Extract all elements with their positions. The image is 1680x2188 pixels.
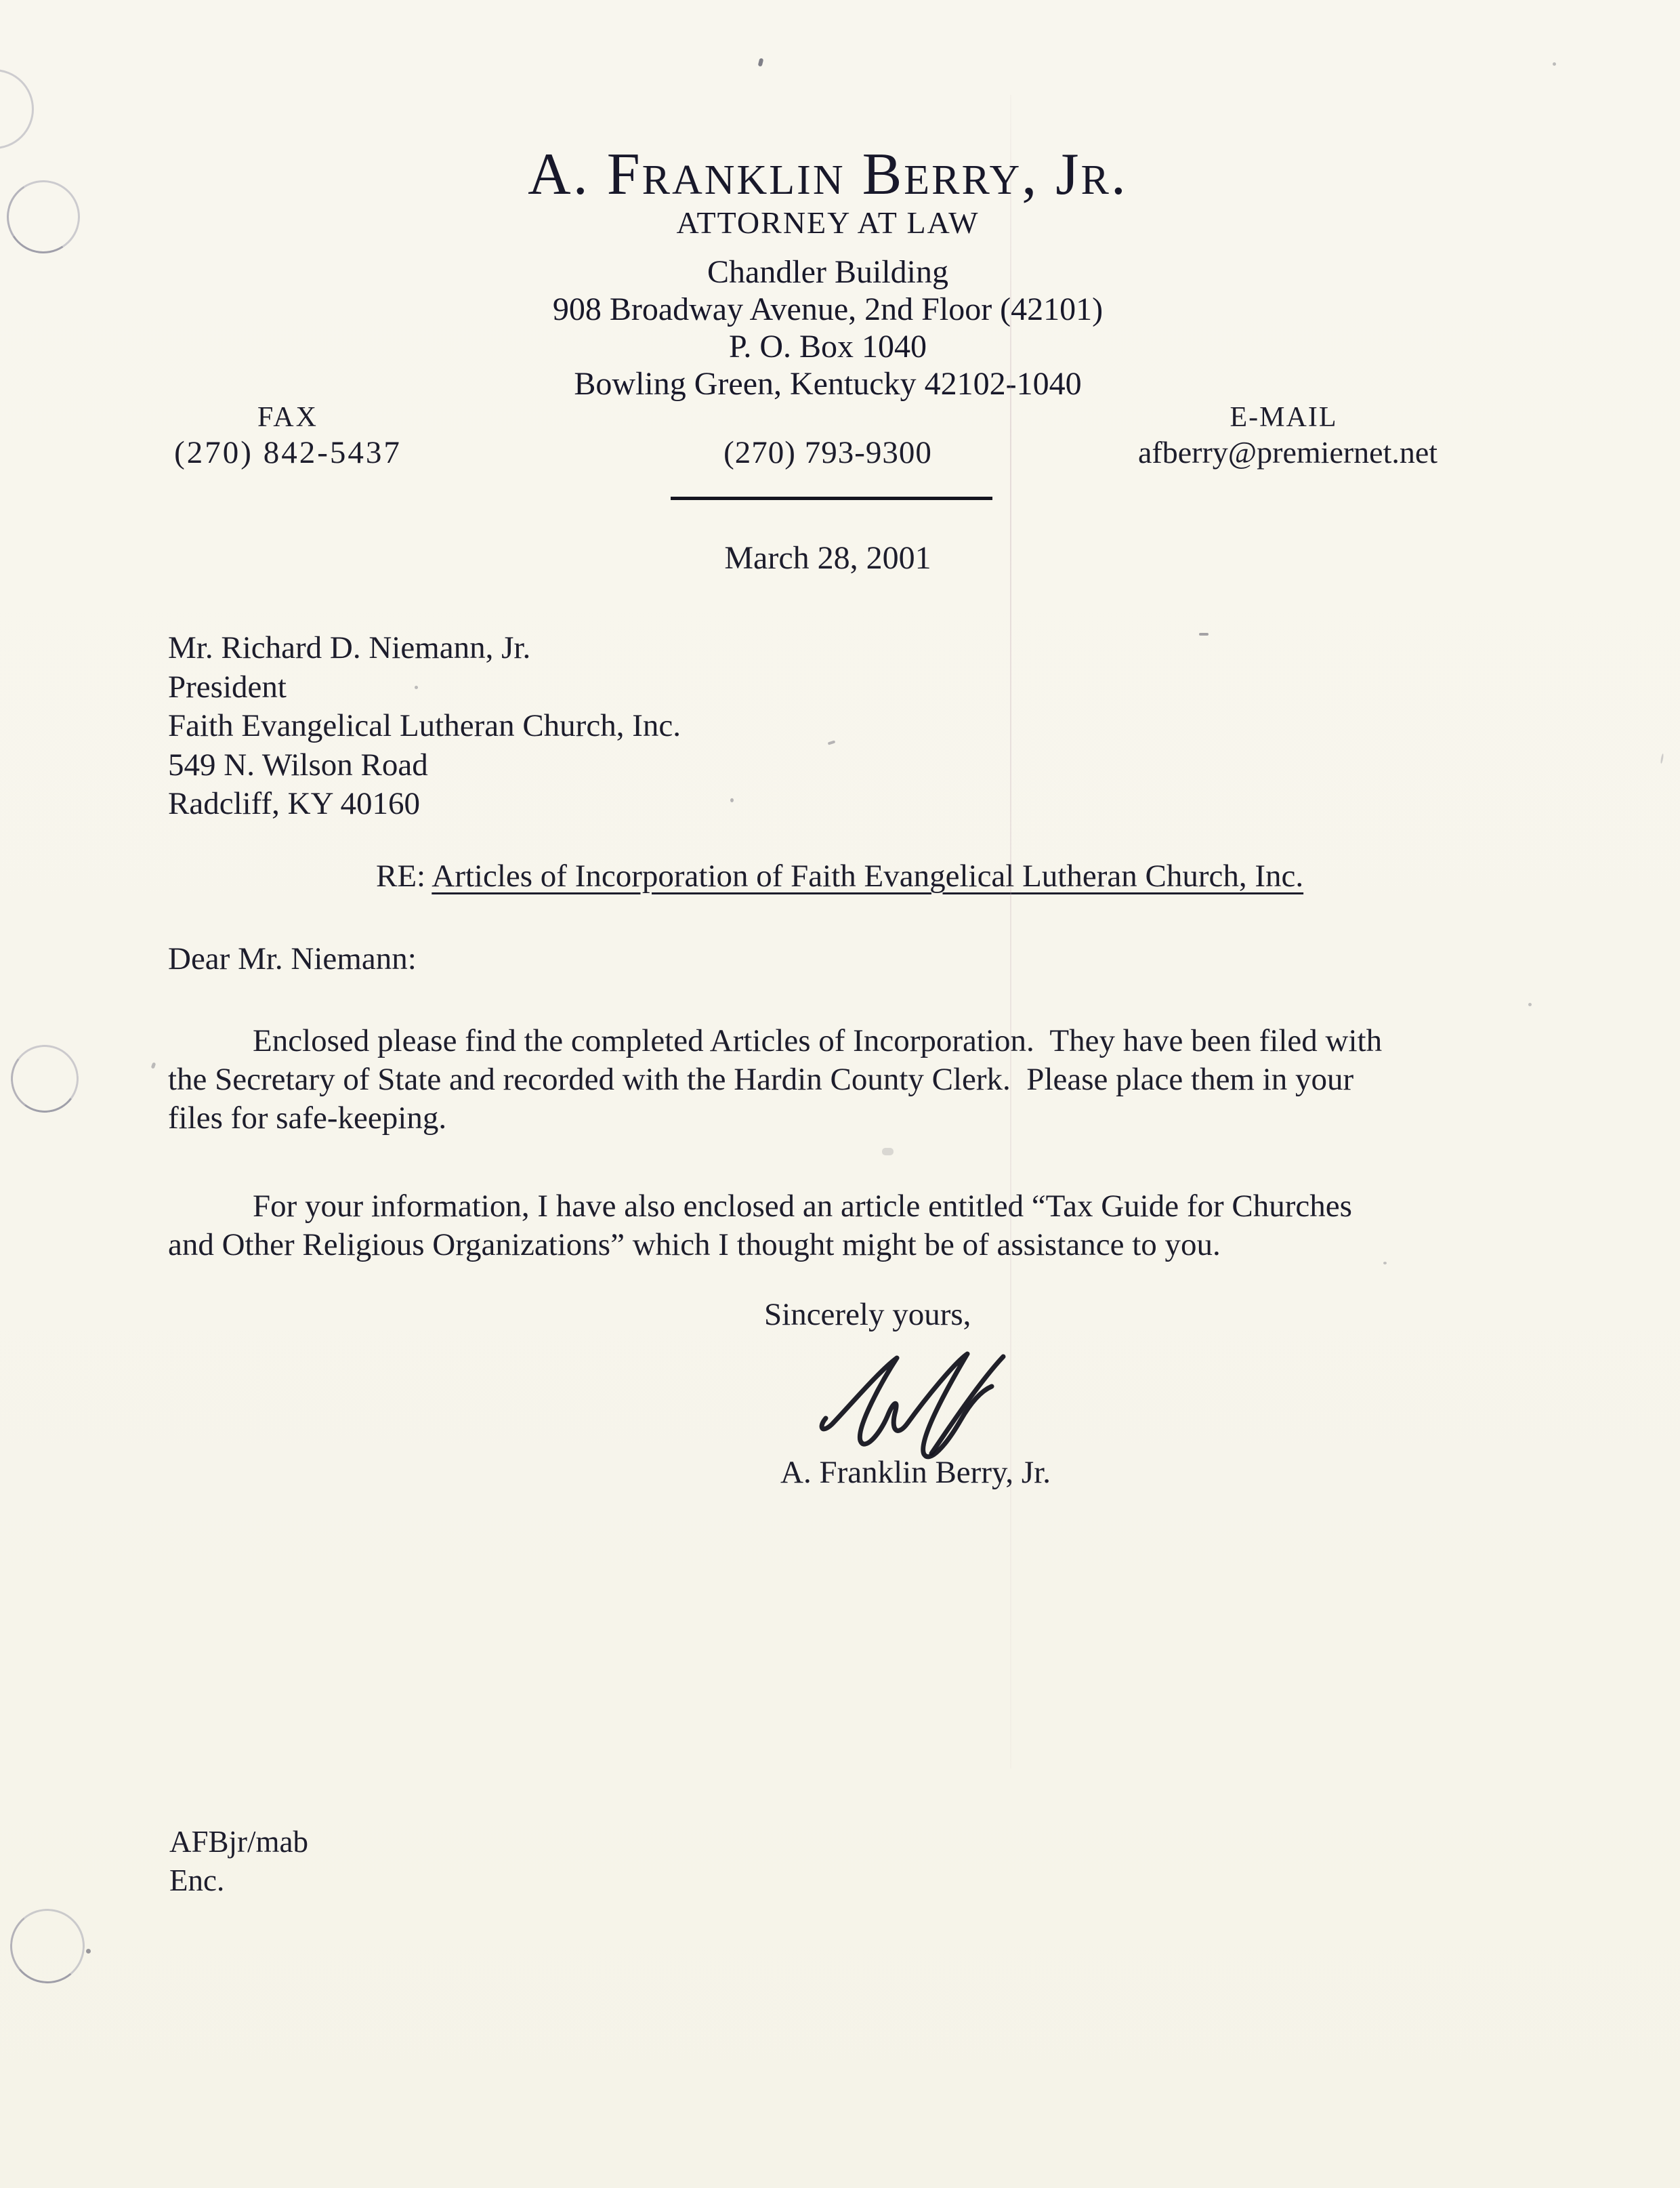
enclosure-notation: Enc. bbox=[169, 1863, 224, 1898]
letterhead-address-line: P. O. Box 1040 bbox=[0, 328, 1656, 365]
scan-speck bbox=[1199, 633, 1209, 636]
body-line: the Secretary of State and recorded with… bbox=[168, 1060, 1382, 1099]
signature-scribble bbox=[816, 1350, 1050, 1464]
recipient-line: 549 N. Wilson Road bbox=[168, 746, 681, 785]
letterhead-address-line: Bowling Green, Kentucky 42102-1040 bbox=[0, 365, 1656, 402]
letterhead-address-line: Chandler Building bbox=[0, 253, 1656, 291]
email-label: E-MAIL bbox=[1165, 401, 1402, 434]
closing-phrase: Sincerely yours, bbox=[764, 1296, 971, 1333]
letterhead-divider-rule bbox=[671, 497, 992, 500]
body-paragraph-2: For your information, I have also enclos… bbox=[168, 1187, 1352, 1264]
body-line: and Other Religious Organizations” which… bbox=[168, 1226, 1352, 1264]
hole-punch-mark bbox=[0, 69, 34, 149]
scan-line-artifact bbox=[1010, 95, 1011, 1769]
scan-speck bbox=[415, 686, 418, 689]
recipient-address-block: Mr. Richard D. Niemann, Jr. President Fa… bbox=[168, 629, 681, 824]
scan-speck bbox=[1660, 754, 1664, 764]
reference-initials: AFBjr/mab bbox=[169, 1824, 308, 1859]
scan-smudge bbox=[882, 1148, 894, 1155]
recipient-line: Radcliff, KY 40160 bbox=[168, 785, 681, 824]
letterhead-name: A. Franklin Berry, Jr. bbox=[0, 144, 1656, 206]
body-line: For your information, I have also enclos… bbox=[168, 1187, 1352, 1226]
scanned-letter-page: A. Franklin Berry, Jr. ATTORNEY AT LAW C… bbox=[0, 0, 1680, 2188]
letter-date: March 28, 2001 bbox=[0, 539, 1656, 577]
letterhead-address: Chandler Building 908 Broadway Avenue, 2… bbox=[0, 253, 1656, 402]
scan-speck bbox=[86, 1949, 91, 1954]
body-line: Enclosed please find the completed Artic… bbox=[168, 1022, 1382, 1060]
recipient-line: Mr. Richard D. Niemann, Jr. bbox=[168, 629, 681, 668]
salutation: Dear Mr. Niemann: bbox=[168, 941, 417, 977]
scan-speck bbox=[151, 1062, 156, 1069]
scan-speck bbox=[1553, 62, 1556, 66]
handwritten-signature bbox=[816, 1350, 1050, 1468]
body-paragraph-1: Enclosed please find the completed Artic… bbox=[168, 1022, 1382, 1138]
hole-punch-mark bbox=[7, 1041, 83, 1117]
email-address: afberry@premiernet.net bbox=[1138, 434, 1429, 470]
letterhead-title: ATTORNEY AT LAW bbox=[0, 205, 1656, 241]
re-subject: Articles of Incorporation of Faith Evang… bbox=[432, 859, 1303, 894]
recipient-line: President bbox=[168, 668, 681, 707]
scan-speck bbox=[1383, 1262, 1387, 1264]
hole-punch-mark bbox=[7, 1905, 87, 1986]
body-line: files for safe-keeping. bbox=[168, 1099, 1382, 1138]
letterhead-address-line: 908 Broadway Avenue, 2nd Floor (42101) bbox=[0, 291, 1656, 328]
re-label: RE: bbox=[376, 859, 432, 894]
scan-speck bbox=[828, 740, 836, 745]
scan-speck bbox=[730, 798, 734, 802]
re-subject-line: RE: Articles of Incorporation of Faith E… bbox=[376, 858, 1303, 894]
recipient-line: Faith Evangelical Lutheran Church, Inc. bbox=[168, 707, 681, 746]
fax-label: FAX bbox=[173, 401, 403, 434]
scan-speck bbox=[1528, 1003, 1532, 1006]
scan-speck bbox=[758, 58, 764, 66]
